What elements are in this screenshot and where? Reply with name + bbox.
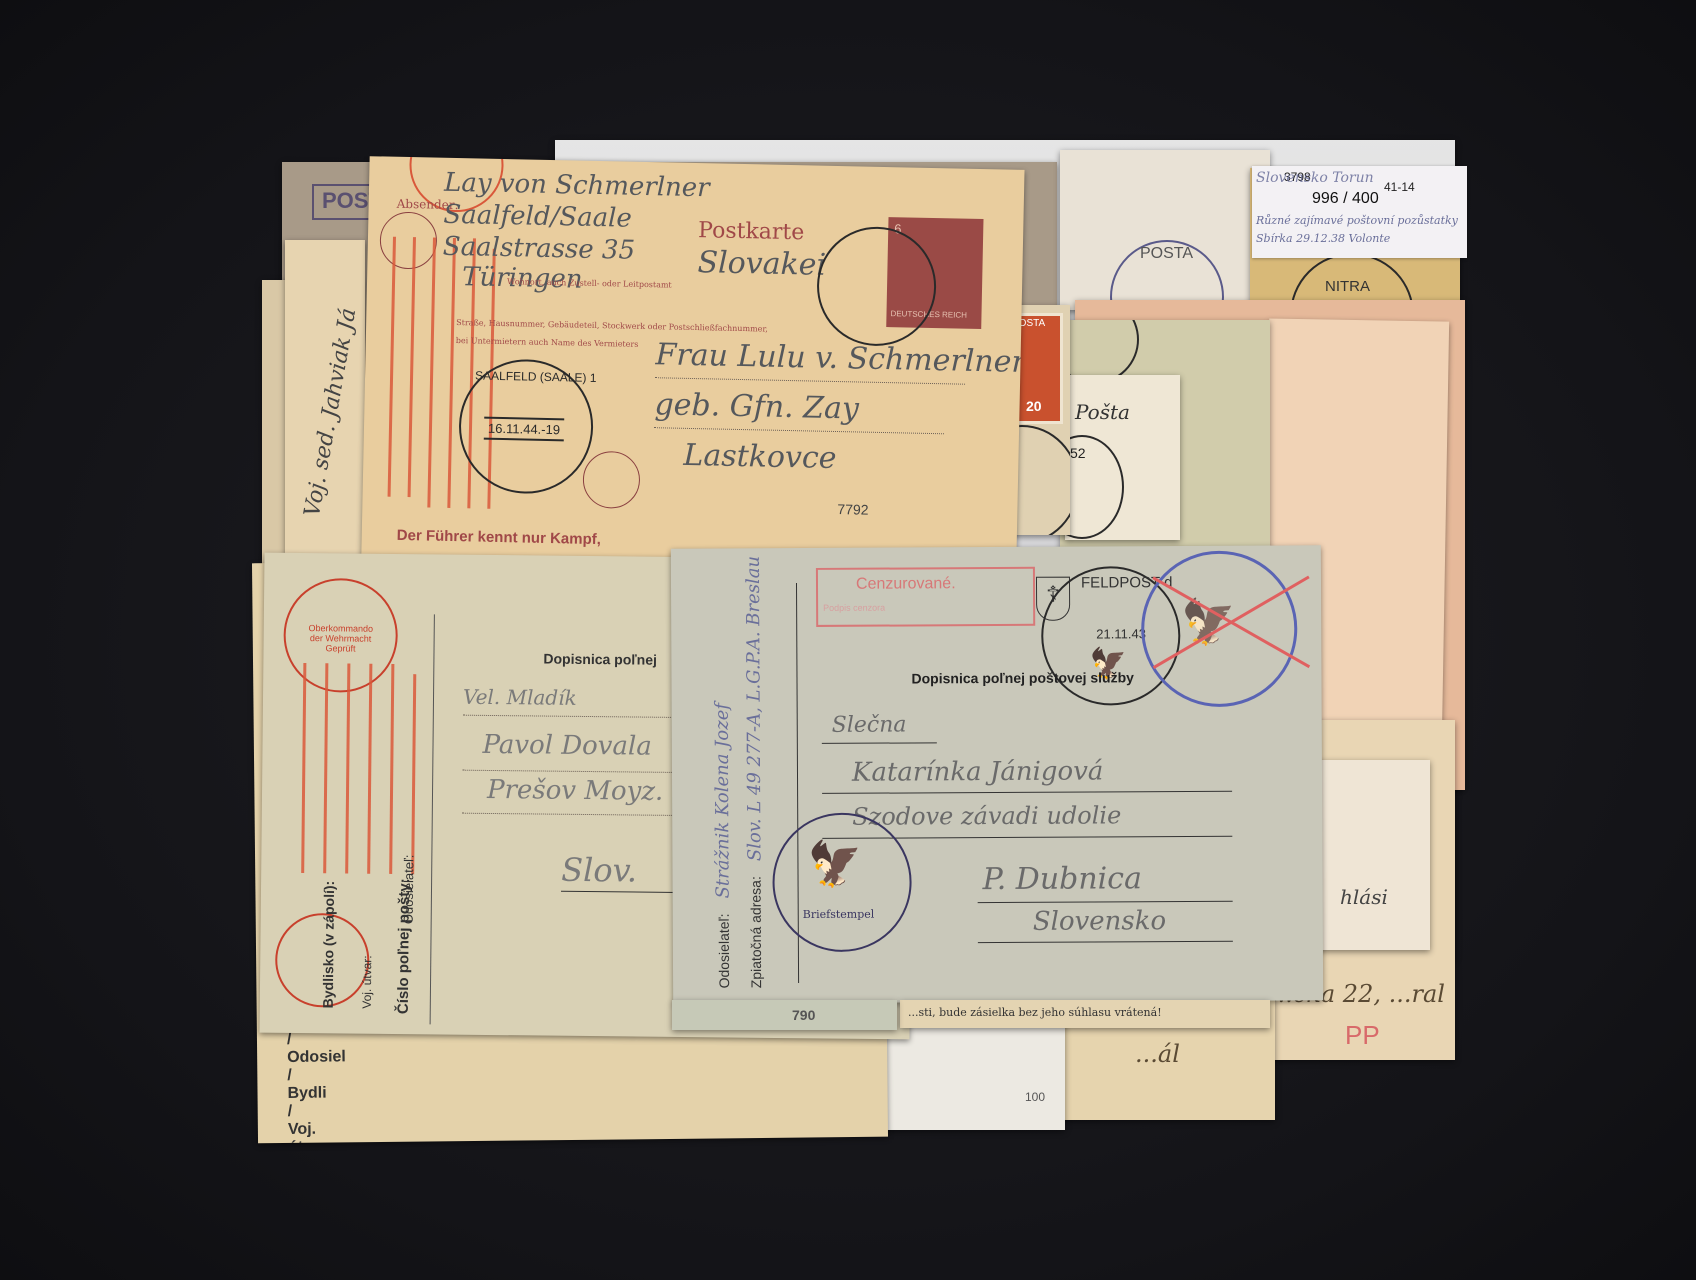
footer-text: ...sti, bude zásielka bez jeho súhlasu v… — [908, 1006, 1162, 1019]
return-value: Slov. L 49 277-A, L.G.P.A. Breslau — [743, 556, 766, 861]
bottom-mid-handwriting: ...ál — [1135, 1040, 1180, 1068]
left-recipient-4: Slov. — [561, 851, 637, 890]
auction-lot-label: 3798 41-14 996 / 400 Slovensko Torun Růz… — [1252, 166, 1467, 258]
dopisnica-left-title: Dopisnica poľnej — [543, 651, 657, 668]
violet-stamp-label: Briefstempel — [803, 908, 875, 921]
recipient-line-5: Slovensko — [1033, 906, 1167, 937]
recipient-line-2: geb. Gfn. Zay — [654, 387, 859, 426]
red-line — [408, 237, 416, 497]
red-line — [388, 237, 396, 497]
white-small-card: Pošta 52 — [1065, 375, 1180, 540]
feldpost-date: 21.11.43 — [1096, 626, 1146, 641]
left-vertical-handwriting: Voj. sed. Jahviak Já — [300, 306, 361, 518]
red-stamp-text: Oberkommando der Wehrmacht Geprüft — [305, 623, 375, 654]
nitra-text: NITRA — [1325, 278, 1370, 295]
posta-fragment-text: POSTA — [1140, 245, 1193, 263]
address-line — [978, 901, 1233, 903]
red-line — [411, 674, 416, 874]
left-recipient-1: Vel. Mladík — [463, 685, 577, 710]
bottom-number: 100 — [1025, 1090, 1045, 1104]
footer-strip: ...sti, bude zásielka bez jeho súhlasu v… — [900, 1000, 1270, 1028]
postkarte-number: 7792 — [837, 501, 868, 518]
postmark-city: SAALFELD (SAALE) 1 — [475, 368, 597, 385]
field-unit-label: Voj. útvar: — [360, 955, 375, 1009]
sender-field: Odosielateľ: Strážnik Kolena Jozef — [712, 703, 734, 989]
address-line — [462, 770, 682, 773]
form-hint-2: Straße, Hausnummer, Gebäudeteil, Stockwe… — [456, 318, 768, 334]
recipient-line-1: Frau Lulu v. Schmerlner — [655, 337, 1024, 380]
recipient-line-2: Katarínka Jánigová — [852, 756, 1104, 787]
left-recipient-3: Prešov Moyz. — [487, 775, 663, 807]
divider — [430, 614, 435, 1024]
field-residence-label: Bydlisko (v zápolí): — [320, 881, 337, 1009]
empty-circle-top — [379, 211, 437, 269]
sender-value: Strážnik Kolena Jozef — [712, 703, 734, 899]
red-line — [447, 238, 456, 508]
saalfeld-postmark-upper — [816, 226, 937, 347]
posta-stamp-value: 20 — [1026, 398, 1042, 414]
slip-strip: 790 — [672, 1000, 897, 1030]
field-unit: Voj. útvar: — [360, 955, 375, 1009]
recipient-line-3: Lastkovce — [683, 438, 837, 476]
pp-stamp: PP — [1345, 1020, 1380, 1051]
sender-line-1: Lay von Schmerlner — [444, 168, 710, 204]
dopisnica-main-card: Odosielateľ: Strážnik Kolena Jozef Zpiat… — [671, 545, 1323, 1003]
violet-eagle-icon: 🦅 — [807, 838, 862, 890]
address-line — [655, 377, 965, 384]
form-hint-3: bei Untermietern auch Name des Vermieter… — [456, 336, 639, 349]
field-postnumber-label: Číslo poľnej pošty: — [395, 878, 413, 1014]
postkarte-card: GUR / OKPR Absender: Lay von Schmerlner … — [360, 156, 1024, 610]
address-line — [462, 813, 682, 816]
recipient-line-3: Szodove závadi udolie — [852, 801, 1121, 830]
sender-label: Odosielateľ: — [716, 913, 732, 988]
dopisnica-main-title: Dopisnica poľnej poštovej služby — [911, 669, 1134, 686]
slip-number: 790 — [792, 1007, 815, 1023]
postkarte-title: Postkarte — [698, 218, 805, 245]
pale-card-fragment: POSTA — [1060, 150, 1270, 310]
lot-code: 41-14 — [1384, 180, 1415, 194]
destination-country: Slovakei — [697, 245, 826, 283]
red-line — [345, 663, 350, 873]
lot-handwriting-1: Slovensko Torun — [1256, 170, 1374, 186]
address-line — [978, 941, 1233, 943]
postmark-52-text: 52 — [1070, 445, 1086, 461]
field-postnumber: Číslo poľnej pošty: — [395, 878, 413, 1014]
left-edge-card-2: Voj. sed. Jahviak Já — [285, 240, 365, 580]
field-residence: Bydlisko (v zápolí): — [320, 881, 337, 1009]
address-line — [654, 427, 944, 434]
hlasi-handwriting: hlási — [1340, 885, 1388, 909]
lot-handwriting-2: Různé zajímavé poštovní pozůstatky — [1256, 214, 1458, 227]
empty-circle-bottom — [582, 451, 640, 509]
red-line — [367, 664, 372, 874]
censor-box-label: Cenzurované. — [856, 575, 956, 594]
sender-line-3: Saalstrasse 35 — [442, 232, 635, 266]
red-line — [301, 663, 306, 873]
return-field: Zpiatočná adresa: Slov. L 49 277-A, L.G.… — [743, 556, 766, 988]
sender-line-2: Saalfeld/Saale — [443, 200, 632, 234]
postmark-date: 16.11.44.-19 — [484, 417, 565, 442]
red-line — [427, 238, 436, 508]
red-line — [323, 663, 328, 873]
censor-box-sub: Podpis cenzora — [823, 603, 885, 613]
left-recipient-2: Pavol Dovala — [482, 730, 652, 762]
recipient-line-1: Slečna — [832, 712, 907, 737]
lot-handwriting-3: Sbírka 29.12.38 Volonte — [1256, 232, 1390, 245]
address-line — [822, 742, 937, 744]
return-label: Zpiatočná adresa: — [748, 876, 765, 988]
pota-handwriting: Pošta — [1075, 400, 1130, 424]
address-line — [822, 791, 1232, 794]
lot-price: 996 / 400 — [1312, 190, 1379, 208]
slogan: Der Führer kennt nur Kampf, — [397, 527, 602, 548]
recipient-line-4: P. Dubnica — [982, 861, 1142, 897]
address-line — [463, 715, 683, 718]
red-line — [389, 664, 394, 874]
